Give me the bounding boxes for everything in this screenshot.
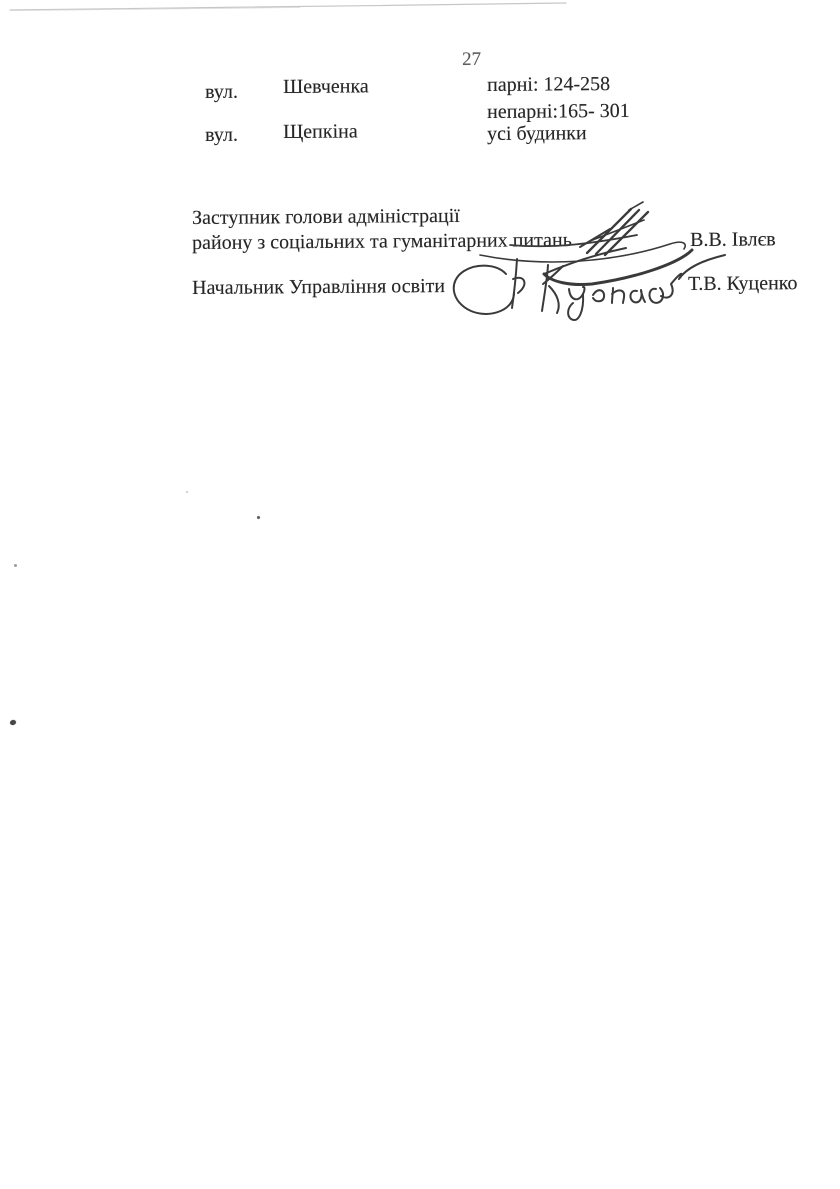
page-number: 27 (462, 50, 481, 70)
street-type-label: вул. (205, 82, 238, 103)
house-range-line: непарні:165- 301 (487, 101, 630, 123)
scan-line-artifact (0, 0, 620, 16)
street-name: Щепкіна (283, 121, 358, 143)
ink-dot-artifact (9, 719, 16, 725)
official-title-line: Начальник Управління освіти (192, 276, 445, 299)
ink-speck-artifact (14, 564, 17, 567)
signature-ivlev-icon (480, 202, 692, 285)
handwritten-signatures (430, 198, 730, 330)
official-title-line: Заступник голови адміністрації (192, 206, 460, 229)
street-name: Шевченка (283, 76, 369, 98)
ink-speck-artifact (186, 491, 188, 493)
house-range-line: парні: 124-258 (487, 74, 610, 96)
street-type-label: вул. (205, 125, 238, 146)
scanned-document-page: 27 вул. Шевченка парні: 124-258 непарні:… (0, 0, 840, 1189)
house-range-line: усі будинки (487, 123, 587, 145)
ink-speck-artifact (257, 516, 261, 520)
signature-kutsenko-icon (454, 255, 725, 320)
